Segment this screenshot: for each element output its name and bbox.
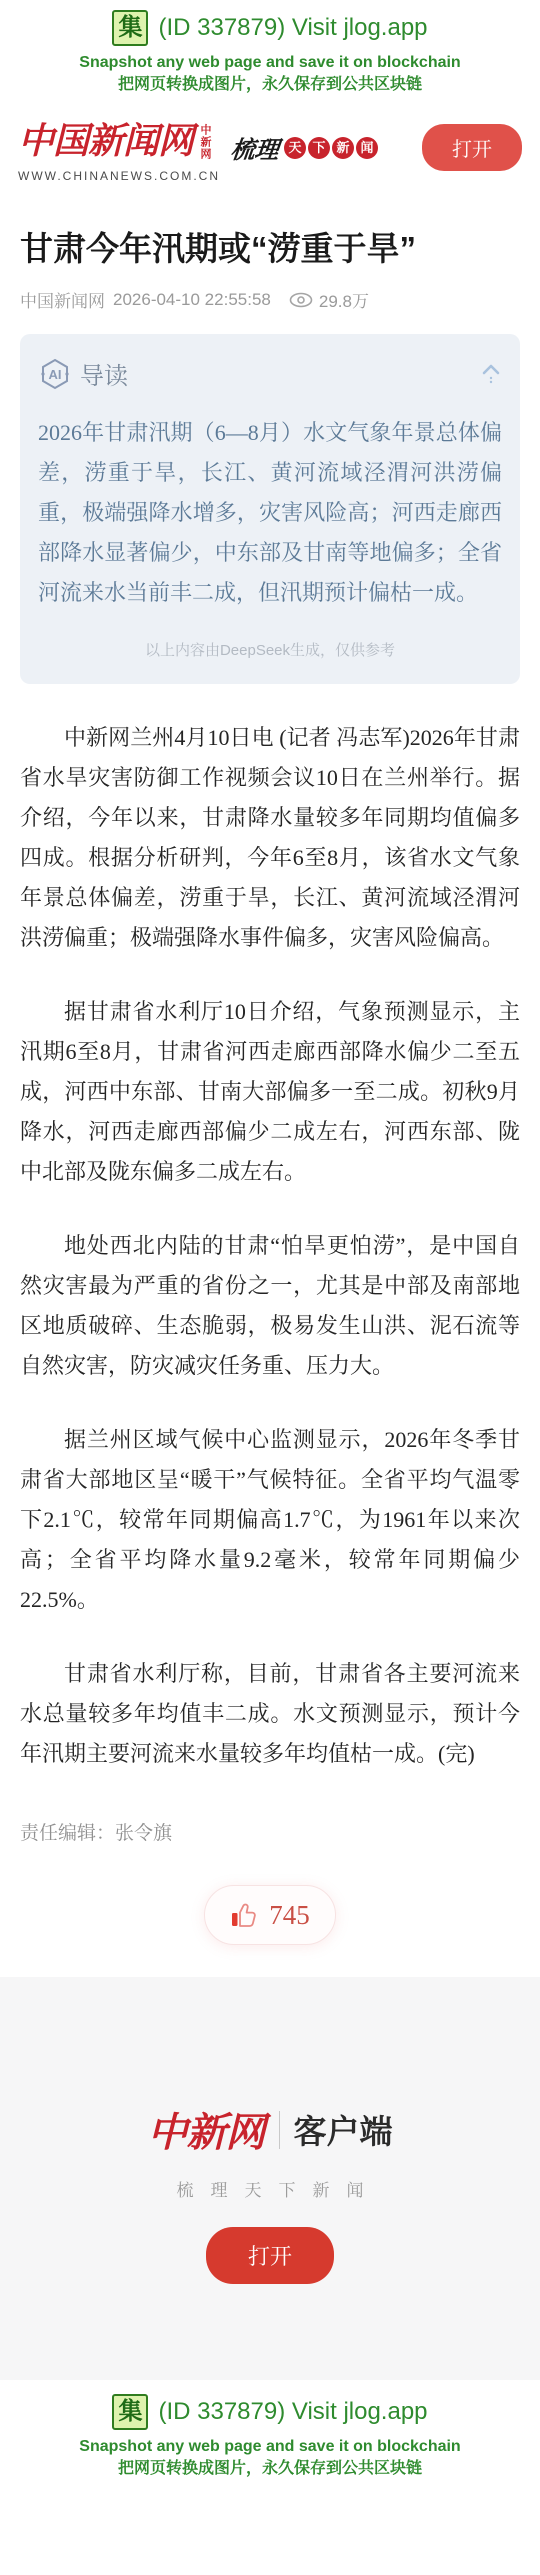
- footer-chinanews-logo: 中新网: [148, 2101, 265, 2158]
- slogan-circle: 闻: [356, 137, 378, 159]
- jlog-logo-icon: 集: [112, 10, 148, 46]
- article-byline: 中国新闻网 2026-04-10 22:55:58 29.8万: [0, 287, 540, 312]
- ai-digest-disclaimer: 以上内容由DeepSeek生成，仅供参考: [38, 639, 502, 660]
- jlog-tagline-en: Snapshot any web page and save it on blo…: [0, 2436, 540, 2458]
- chinanews-logo-vertical: 中新网: [199, 124, 211, 160]
- article-paragraph: 中新网兰州4月10日电 (记者 冯志军)2026年甘肃省水旱灾害防御工作视频会议…: [20, 718, 520, 958]
- article-paragraph: 据甘肃省水利厅10日介绍，气象预测显示，主汛期6至8月，甘肃省河西走廊西部降水偏…: [20, 992, 520, 1192]
- collapse-chevron-icon[interactable]: [480, 362, 502, 386]
- jlog-link[interactable]: (ID 337879) Visit jlog.app: [158, 14, 427, 42]
- footer-client-label: 客户端: [294, 2106, 393, 2153]
- chinanews-url: WWW.CHINANEWS.COM.CN: [18, 169, 378, 183]
- open-app-button-footer[interactable]: 打开: [206, 2227, 334, 2284]
- jlog-tagline-en: Snapshot any web page and save it on blo…: [0, 52, 540, 74]
- article-title: 甘肃今年汛期或“涝重于旱”: [0, 227, 540, 271]
- jlog-tagline-zh: 把网页转换成图片，永久保存到公共区块链: [0, 2458, 540, 2480]
- jlog-tagline-zh: 把网页转换成图片，永久保存到公共区块链: [0, 74, 540, 96]
- footer-divider: [279, 2111, 280, 2149]
- jlog-link[interactable]: (ID 337879) Visit jlog.app: [158, 2398, 427, 2426]
- ai-digest-box: AI 导读 2026年甘肃汛期（6—8月）水文气象年景总体偏差，涝重于旱，长江、…: [20, 334, 520, 684]
- slogan-circle: 新: [332, 137, 354, 159]
- jlog-banner-bottom: 集 (ID 337879) Visit jlog.app Snapshot an…: [0, 2380, 540, 2484]
- ai-digest-label: 导读: [80, 356, 128, 391]
- like-button[interactable]: 745: [204, 1885, 336, 1945]
- chinanews-slogan: 梳理 天 下 新 闻: [231, 130, 378, 165]
- site-header: 中国新闻网 中新网 梳理 天 下 新 闻 WWW.CHINANEWS.COM.C…: [0, 108, 540, 193]
- footer-slogan: 梳理天下新闻: [0, 2176, 540, 2201]
- editor-credit: 责任编辑：张令旗: [0, 1818, 540, 1845]
- article-paragraph: 据兰州区域气候中心监测显示，2026年冬季甘肃省大部地区呈“暖干”气候特征。全省…: [20, 1420, 520, 1620]
- article-body: 中新网兰州4月10日电 (记者 冯志军)2026年甘肃省水旱灾害防御工作视频会议…: [0, 718, 540, 1774]
- article-paragraph: 地处西北内陆的甘肃“怕旱更怕涝”，是中国自然灾害最为严重的省份之一，尤其是中部及…: [20, 1226, 520, 1386]
- slogan-script-text: 梳理: [229, 130, 281, 165]
- like-count: 745: [269, 1900, 310, 1931]
- ai-hexagon-icon: AI: [38, 357, 72, 391]
- jlog-logo-icon: 集: [112, 2394, 148, 2430]
- slogan-circle: 下: [308, 137, 330, 159]
- view-count: 29.8万: [319, 287, 369, 312]
- ai-digest-summary: 2026年甘肃汛期（6—8月）水文气象年景总体偏差，涝重于旱，长江、黄河流域泾渭…: [38, 413, 502, 613]
- app-footer: 中新网 客户端 梳理天下新闻 打开: [0, 1977, 540, 2380]
- article-source: 中国新闻网: [20, 287, 105, 312]
- eye-icon: [289, 292, 313, 308]
- article-paragraph: 甘肃省水利厅称，目前，甘肃省各主要河流来水总量较多年均值丰二成。水文预测显示，预…: [20, 1654, 520, 1774]
- article-datetime: 2026-04-10 22:55:58: [113, 290, 271, 310]
- thumbs-up-icon: [230, 1901, 260, 1929]
- open-app-button-header[interactable]: 打开: [422, 124, 522, 171]
- jlog-banner-top: 集 (ID 337879) Visit jlog.app Snapshot an…: [0, 0, 540, 108]
- slogan-circle: 天: [284, 137, 306, 159]
- svg-text:AI: AI: [49, 367, 62, 382]
- chinanews-logo: 中国新闻网: [18, 122, 193, 160]
